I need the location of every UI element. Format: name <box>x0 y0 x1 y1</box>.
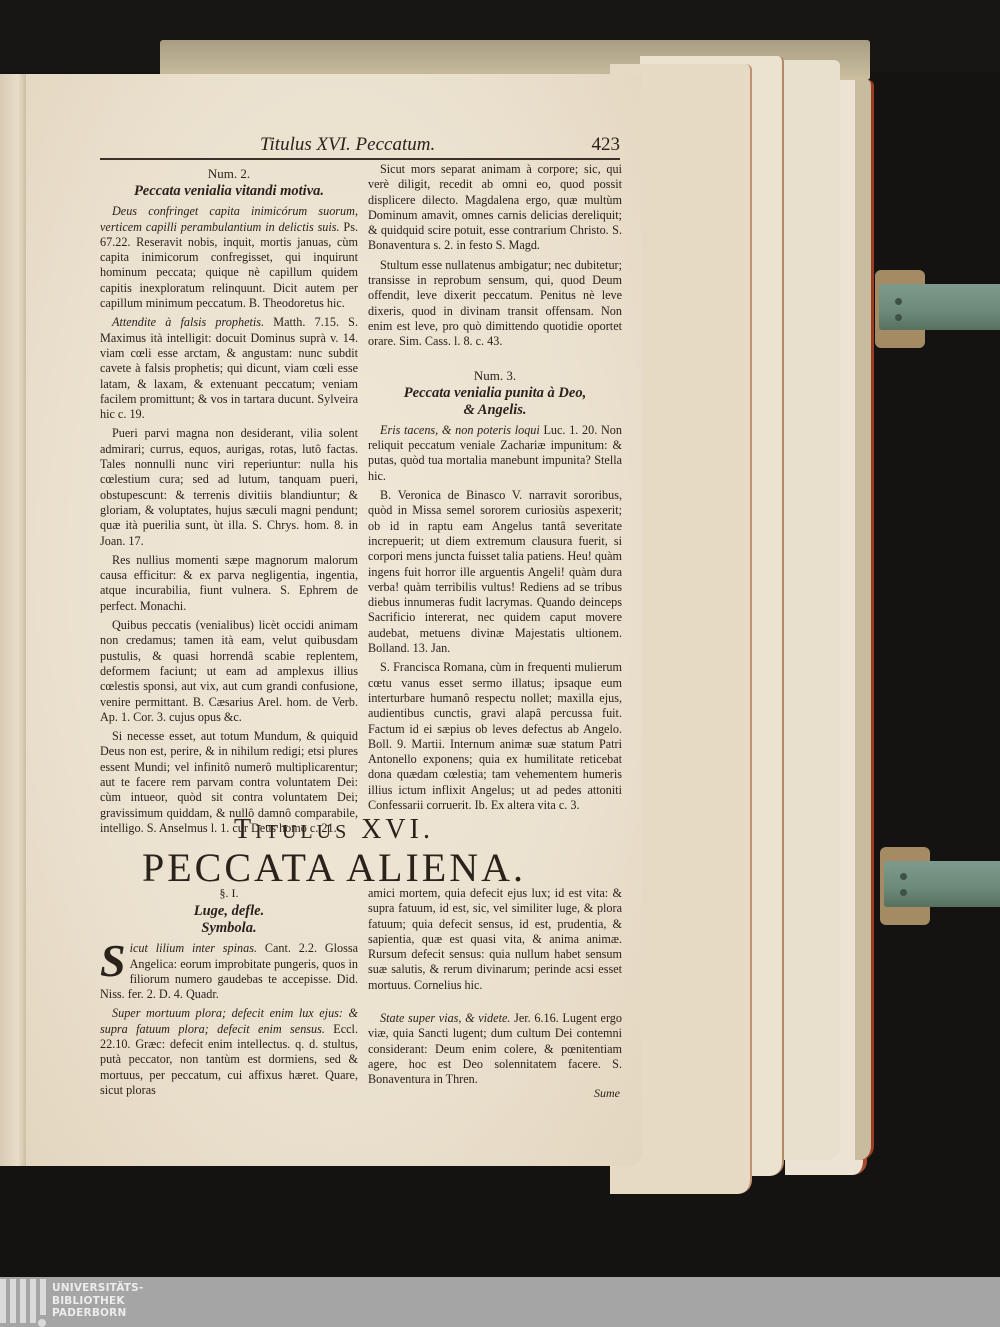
paragraph: Pueri parvi magna non desiderant, vilia … <box>100 426 358 548</box>
paragraph: Sicut mors separat animam à corpore; sic… <box>368 162 622 254</box>
facing-page-edge <box>0 74 27 1166</box>
rivet-icon <box>900 889 907 896</box>
library-footer: UNIVERSITÄTS- BIBLIOTHEK PADERBORN <box>0 1277 1000 1327</box>
paragraph-text: Pueri parvi magna non desiderant, vilia … <box>100 426 358 547</box>
library-logo-icon <box>0 1279 48 1325</box>
paragraph: Stultum esse nullatenus ambigatur; nec d… <box>368 258 622 350</box>
section-number: Num. 2. <box>100 166 358 181</box>
clasp-strap <box>879 284 1000 330</box>
citation: Super mortuum plora; defecit enim lux ej… <box>100 1006 358 1035</box>
paragraph: Res nullius momenti sæpe magnorum maloru… <box>100 553 358 614</box>
chapter-label: Titulus XVI. <box>26 814 642 846</box>
chapter-title: PECCATA ALIENA. <box>26 844 642 891</box>
section-heading-cont: & Angelis. <box>368 402 622 419</box>
paragraph: B. Veronica de Binasco V. narravit soror… <box>368 488 622 656</box>
citation: Attendite à falsis prophetis. <box>112 315 264 329</box>
paragraph-text: amici mortem, quia defecit ejus lux; id … <box>368 886 622 992</box>
left-column: Num. 2. Peccata venialia vitandi motiva.… <box>100 166 358 840</box>
paragraph: amici mortem, quia defecit ejus lux; id … <box>368 886 622 993</box>
paragraph: Eris tacens, & non poteris loqui Luc. 1.… <box>368 423 622 484</box>
paragraph-text: Matth. 7.15. S. Maximus ità intelligit: … <box>100 315 358 421</box>
paragraph-text: B. Veronica de Binasco V. narravit soror… <box>368 488 622 655</box>
book-page: Titulus XVI. Peccatum. 423 Num. 2. Pecca… <box>26 74 642 1166</box>
paragraph: Super mortuum plora; defecit enim lux ej… <box>100 1006 358 1098</box>
paragraph: Sicut lilium inter spinas. Cant. 2.2. Gl… <box>100 941 358 1002</box>
citation: Deus confringet capita inimicórum suorum… <box>100 204 358 233</box>
book-clasp-upper <box>875 278 1000 340</box>
paragraph-text: Stultum esse nullatenus ambigatur; nec d… <box>368 258 622 348</box>
subsection-heading: Luge, defle. <box>100 903 358 920</box>
running-title: Titulus XVI. Peccatum. <box>260 134 435 156</box>
paragraph-text: S. Francisca Romana, cùm in frequenti mu… <box>368 660 622 812</box>
rivet-icon <box>895 314 902 321</box>
section-heading: Peccata venialia punita à Deo, <box>368 385 622 402</box>
logo-line: UNIVERSITÄTS- <box>52 1282 143 1295</box>
running-head: Titulus XVI. Peccatum. 423 <box>100 132 620 160</box>
paragraph: State super vias, & videte. Jer. 6.16. L… <box>368 1011 622 1087</box>
clasp-strap <box>884 861 1000 907</box>
library-logo-text: UNIVERSITÄTS- BIBLIOTHEK PADERBORN <box>52 1282 143 1320</box>
paragraph: Quibus peccatis (venialibus) licèt occid… <box>100 618 358 725</box>
section-heading: Peccata venialia vitandi motiva. <box>100 183 358 200</box>
book-clasp-lower <box>880 855 1000 917</box>
drop-cap: S <box>100 941 126 981</box>
page-number: 423 <box>592 134 621 156</box>
citation: icut lilium inter spinas. <box>130 941 257 955</box>
logo-line: PADERBORN <box>52 1307 143 1320</box>
section-number: Num. 3. <box>368 368 622 383</box>
paragraph: Attendite à falsis prophetis. Matth. 7.1… <box>100 315 358 422</box>
paragraph-text: Quibus peccatis (venialibus) licèt occid… <box>100 618 358 724</box>
section-left-column: §. I. Luge, defle. Symbola. Sicut lilium… <box>100 886 358 1102</box>
right-column: Sicut mors separat animam à corpore; sic… <box>368 162 622 817</box>
paragraph-mark: §. I. <box>100 886 358 901</box>
logo-line: BIBLIOTHEK <box>52 1295 143 1308</box>
paragraph-text: Sicut mors separat animam à corpore; sic… <box>368 162 622 252</box>
rivet-icon <box>895 298 902 305</box>
citation: Eris tacens, & non poteris loqui <box>380 423 540 437</box>
paragraph: Deus confringet capita inimicórum suorum… <box>100 204 358 311</box>
page-stack-edge-red <box>855 80 874 1160</box>
paragraph-text: Res nullius momenti sæpe magnorum maloru… <box>100 553 358 613</box>
citation: State super vias, & videte. <box>380 1011 510 1025</box>
catchword: Sume <box>594 1086 620 1101</box>
paragraph: S. Francisca Romana, cùm in frequenti mu… <box>368 660 622 813</box>
subsection-heading-cont: Symbola. <box>100 920 358 937</box>
section-right-column: amici mortem, quia defecit ejus lux; id … <box>368 886 622 1092</box>
rivet-icon <box>900 873 907 880</box>
